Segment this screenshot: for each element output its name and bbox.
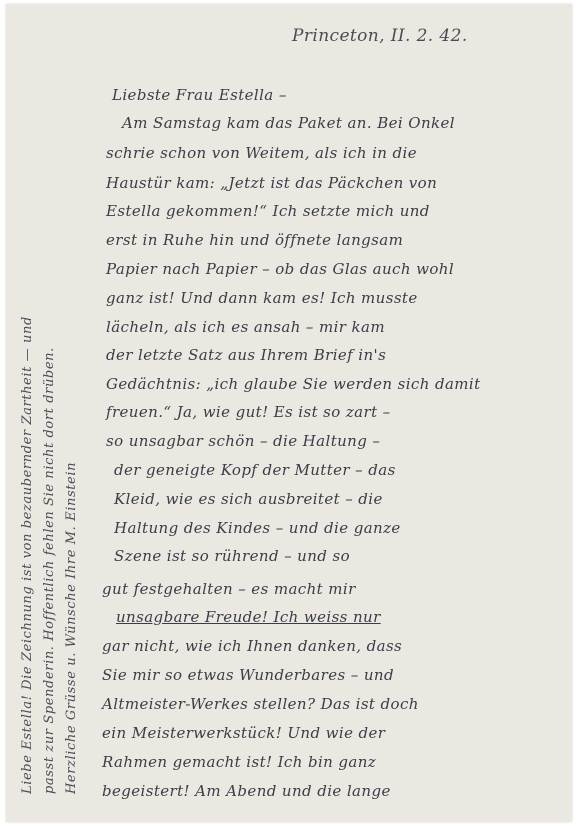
letter-line: der geneigte Kopf der Mutter – das [114, 461, 574, 479]
letter-line: Szene ist so rührend – und so [114, 547, 574, 565]
letter-line: freuen.“ Ja, wie gut! Es ist so zart – [106, 403, 566, 421]
letter-line: Papier nach Papier – ob das Glas auch wo… [106, 260, 566, 278]
letter-line: Sie mir so etwas Wunderbares – und [102, 666, 562, 684]
letter-sheet: Princeton, II. 2. 42. Liebste Frau Estel… [6, 4, 572, 822]
letter-line: Kleid, wie es sich ausbreitet – die [114, 490, 574, 508]
letter-line: gut festgehalten – es macht mir [102, 580, 562, 598]
margin-note-line: passt zur Spenderin. Hoffentlich fehlen … [42, 0, 57, 794]
letter-line: der letzte Satz aus Ihrem Brief in's [106, 346, 566, 364]
letter-line: Estella gekommen!“ Ich setzte mich und [106, 202, 566, 220]
margin-note-line: Herzliche Grüsse u. Wünsche Ihre M. Eins… [64, 0, 79, 794]
letter-line: begeistert! Am Abend und die lange [102, 782, 562, 800]
dateline: Princeton, II. 2. 42. [292, 26, 468, 46]
letter-line: schrie schon von Weitem, als ich in die [106, 144, 566, 162]
salutation: Liebste Frau Estella – [112, 86, 287, 104]
letter-line: Haustür kam: „Jetzt ist das Päckchen von [106, 174, 566, 192]
letter-line: so unsagbar schön – die Haltung – [106, 432, 566, 450]
letter-line: Am Samstag kam das Paket an. Bei Onkel [122, 114, 580, 132]
margin-note-line: Liebe Estella! Die Zeichnung ist von bez… [20, 0, 35, 794]
letter-line: Gedächtnis: „ich glaube Sie werden sich … [106, 375, 566, 393]
letter-line: Rahmen gemacht ist! Ich bin ganz [102, 753, 562, 771]
letter-line: ein Meisterwerkstück! Und wie der [102, 724, 562, 742]
letter-line: lächeln, als ich es ansah – mir kam [106, 318, 566, 336]
letter-line: gar nicht, wie ich Ihnen danken, dass [102, 637, 562, 655]
letter-line: Haltung des Kindes – und die ganze [114, 519, 574, 537]
letter-line: unsagbare Freude! Ich weiss nur [116, 608, 576, 626]
letter-line: erst in Ruhe hin und öffnete langsam [106, 231, 566, 249]
letter-line: ganz ist! Und dann kam es! Ich musste [106, 289, 566, 307]
letter-line: Altmeister-Werkes stellen? Das ist doch [102, 695, 562, 713]
